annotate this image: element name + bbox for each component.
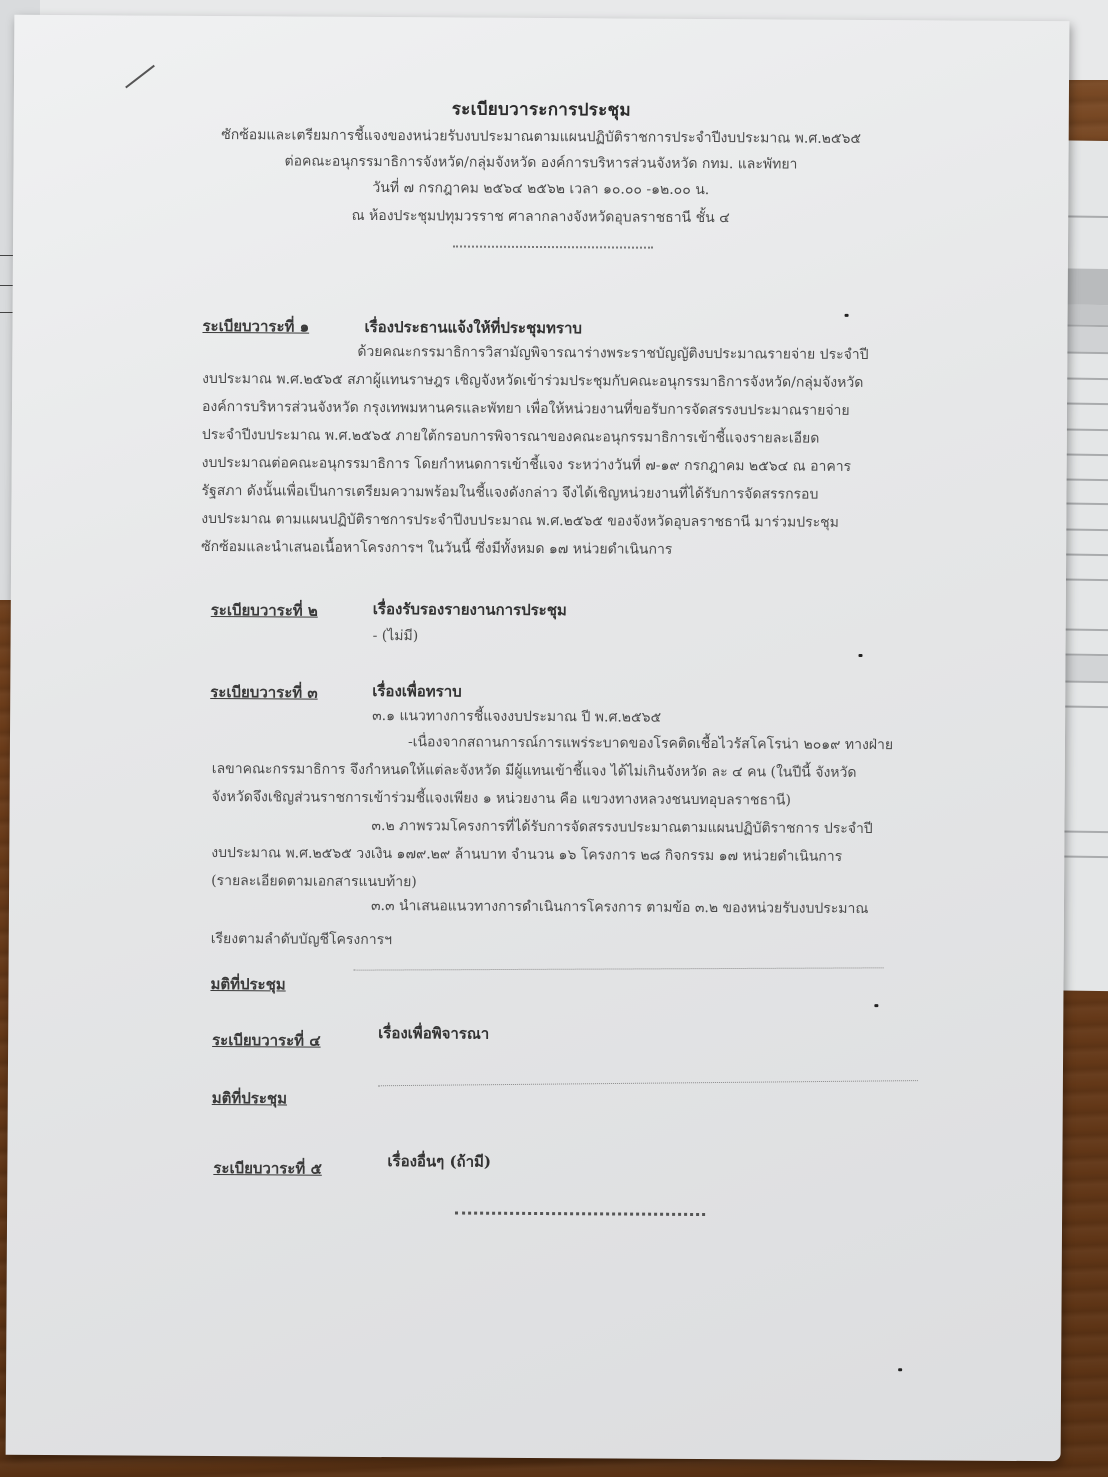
agenda-3-subject: เรื่องเพื่อทราบ	[372, 679, 462, 704]
pen-tick-mark	[125, 65, 155, 89]
agenda-1-line: งบประมาณ ตามแผนปฏิบัติราชการประจำปีงบประ…	[201, 508, 839, 534]
agenda-3-line: ๓.๑ แนวทางการชี้แจงงบประมาณ ปี พ.ศ.๒๕๖๕	[372, 705, 661, 729]
header-line-4: ณ ห้องประชุมปทุมวรราช ศาลากลางจังหวัดอุบ…	[13, 203, 1068, 231]
agenda-5-label: ระเบียบวาระที่ ๕	[213, 1156, 322, 1181]
agenda-4-resolution-label: มติที่ประชุม	[212, 1086, 287, 1110]
agenda-1-line: ประจำปีงบประมาณ พ.ศ.๒๕๖๕ ภายใต้กรอบการพิ…	[202, 424, 820, 450]
agenda-3-label: ระเบียบวาระที่ ๓	[210, 680, 318, 705]
agenda-2-line: - (ไม่มี)	[373, 625, 419, 647]
agenda-2-label: ระเบียบวาระที่ ๒	[211, 598, 318, 623]
agenda-3-line: งบประมาณ พ.ศ.๒๕๖๕ วงเงิน ๑๗๙.๒๙ ล้านบาท …	[211, 842, 842, 868]
agenda-1-line: องค์การบริหารส่วนจังหวัด กรุงเทพมหานครแล…	[202, 396, 850, 422]
agenda-3-line: เลขาคณะกรรมาธิการ จึงกำหนดให้แต่ละจังหวั…	[212, 758, 857, 784]
agenda-1-line: ซักซ้อมและนำเสนอเนื้อหาโครงการฯ ในวันนี้…	[201, 536, 672, 561]
closing-separator	[455, 1212, 705, 1217]
agenda-document: ระเบียบวาระการประชุม ซักซ้อมและเตรียมการ…	[6, 15, 1070, 1461]
agenda-1-line: งบประมาณต่อคณะอนุกรรมาธิการ โดยกำหนดการเ…	[202, 452, 852, 478]
agenda-1-line: รัฐสภา ดังนั้นเพื่อเป็นการเตรียมความพร้อ…	[201, 480, 818, 506]
agenda-5-subject: เรื่องอื่นๆ (ถ้ามี)	[387, 1149, 491, 1174]
agenda-3-line: -เนื่องจากสถานการณ์การแพร่ระบาดของโรคติด…	[408, 731, 893, 756]
agenda-3-resolution-label: มติที่ประชุม	[210, 972, 285, 996]
agenda-1-label: ระเบียบวาระที่ ๑	[202, 314, 309, 339]
agenda-3-resolution-line	[354, 967, 884, 970]
agenda-4-subject: เรื่องเพื่อพิจารณา	[378, 1021, 489, 1046]
agenda-4-resolution-line	[378, 1080, 918, 1086]
agenda-2-subject: เรื่องรับรองรายงานการประชุม	[373, 597, 567, 622]
agenda-3-line: จังหวัดจึงเชิญส่วนราชการเข้าร่วมชี้แจงเพ…	[212, 786, 791, 812]
agenda-1-line: ด้วยคณะกรรมาธิการวิสามัญพิจารณาร่างพระรา…	[357, 341, 868, 366]
header-separator	[453, 245, 653, 248]
agenda-3-line: เรียงตามลำดับบัญชีโครงการฯ	[211, 928, 392, 951]
header-line-3: วันที่ ๗ กรกฎาคม ๒๕๖๔ ๒๕๖๒ เวลา ๑๐.๐๐ -๑…	[13, 175, 1068, 203]
header-line-2: ต่อคณะอนุกรรมาธิการจังหวัด/กลุ่มจังหวัด …	[13, 149, 1068, 177]
agenda-1-subject: เรื่องประธานแจ้งให้ที่ประชุมทราบ	[364, 315, 582, 340]
agenda-1-line: งบประมาณ พ.ศ.๒๕๖๕ สภาผู้แทนราษฎร เชิญจัง…	[202, 368, 863, 394]
agenda-3-line: (รายละเอียดตามเอกสารแนบท้าย)	[211, 870, 417, 893]
agenda-4-label: ระเบียบวาระที่ ๔	[212, 1028, 321, 1053]
header-line-1: ซักซ้อมและเตรียมการชี้แจงของหน่วยรับงบปร…	[14, 123, 1069, 151]
agenda-3-line: ๓.๓ นำเสนอแนวทางการดำเนินการโครงการ ตามข…	[371, 895, 869, 920]
document-title: ระเบียบวาระการประชุม	[14, 93, 1069, 126]
agenda-3-line: ๓.๒ ภาพรวมโครงการที่ได้รับการจัดสรรงบประ…	[371, 815, 872, 840]
